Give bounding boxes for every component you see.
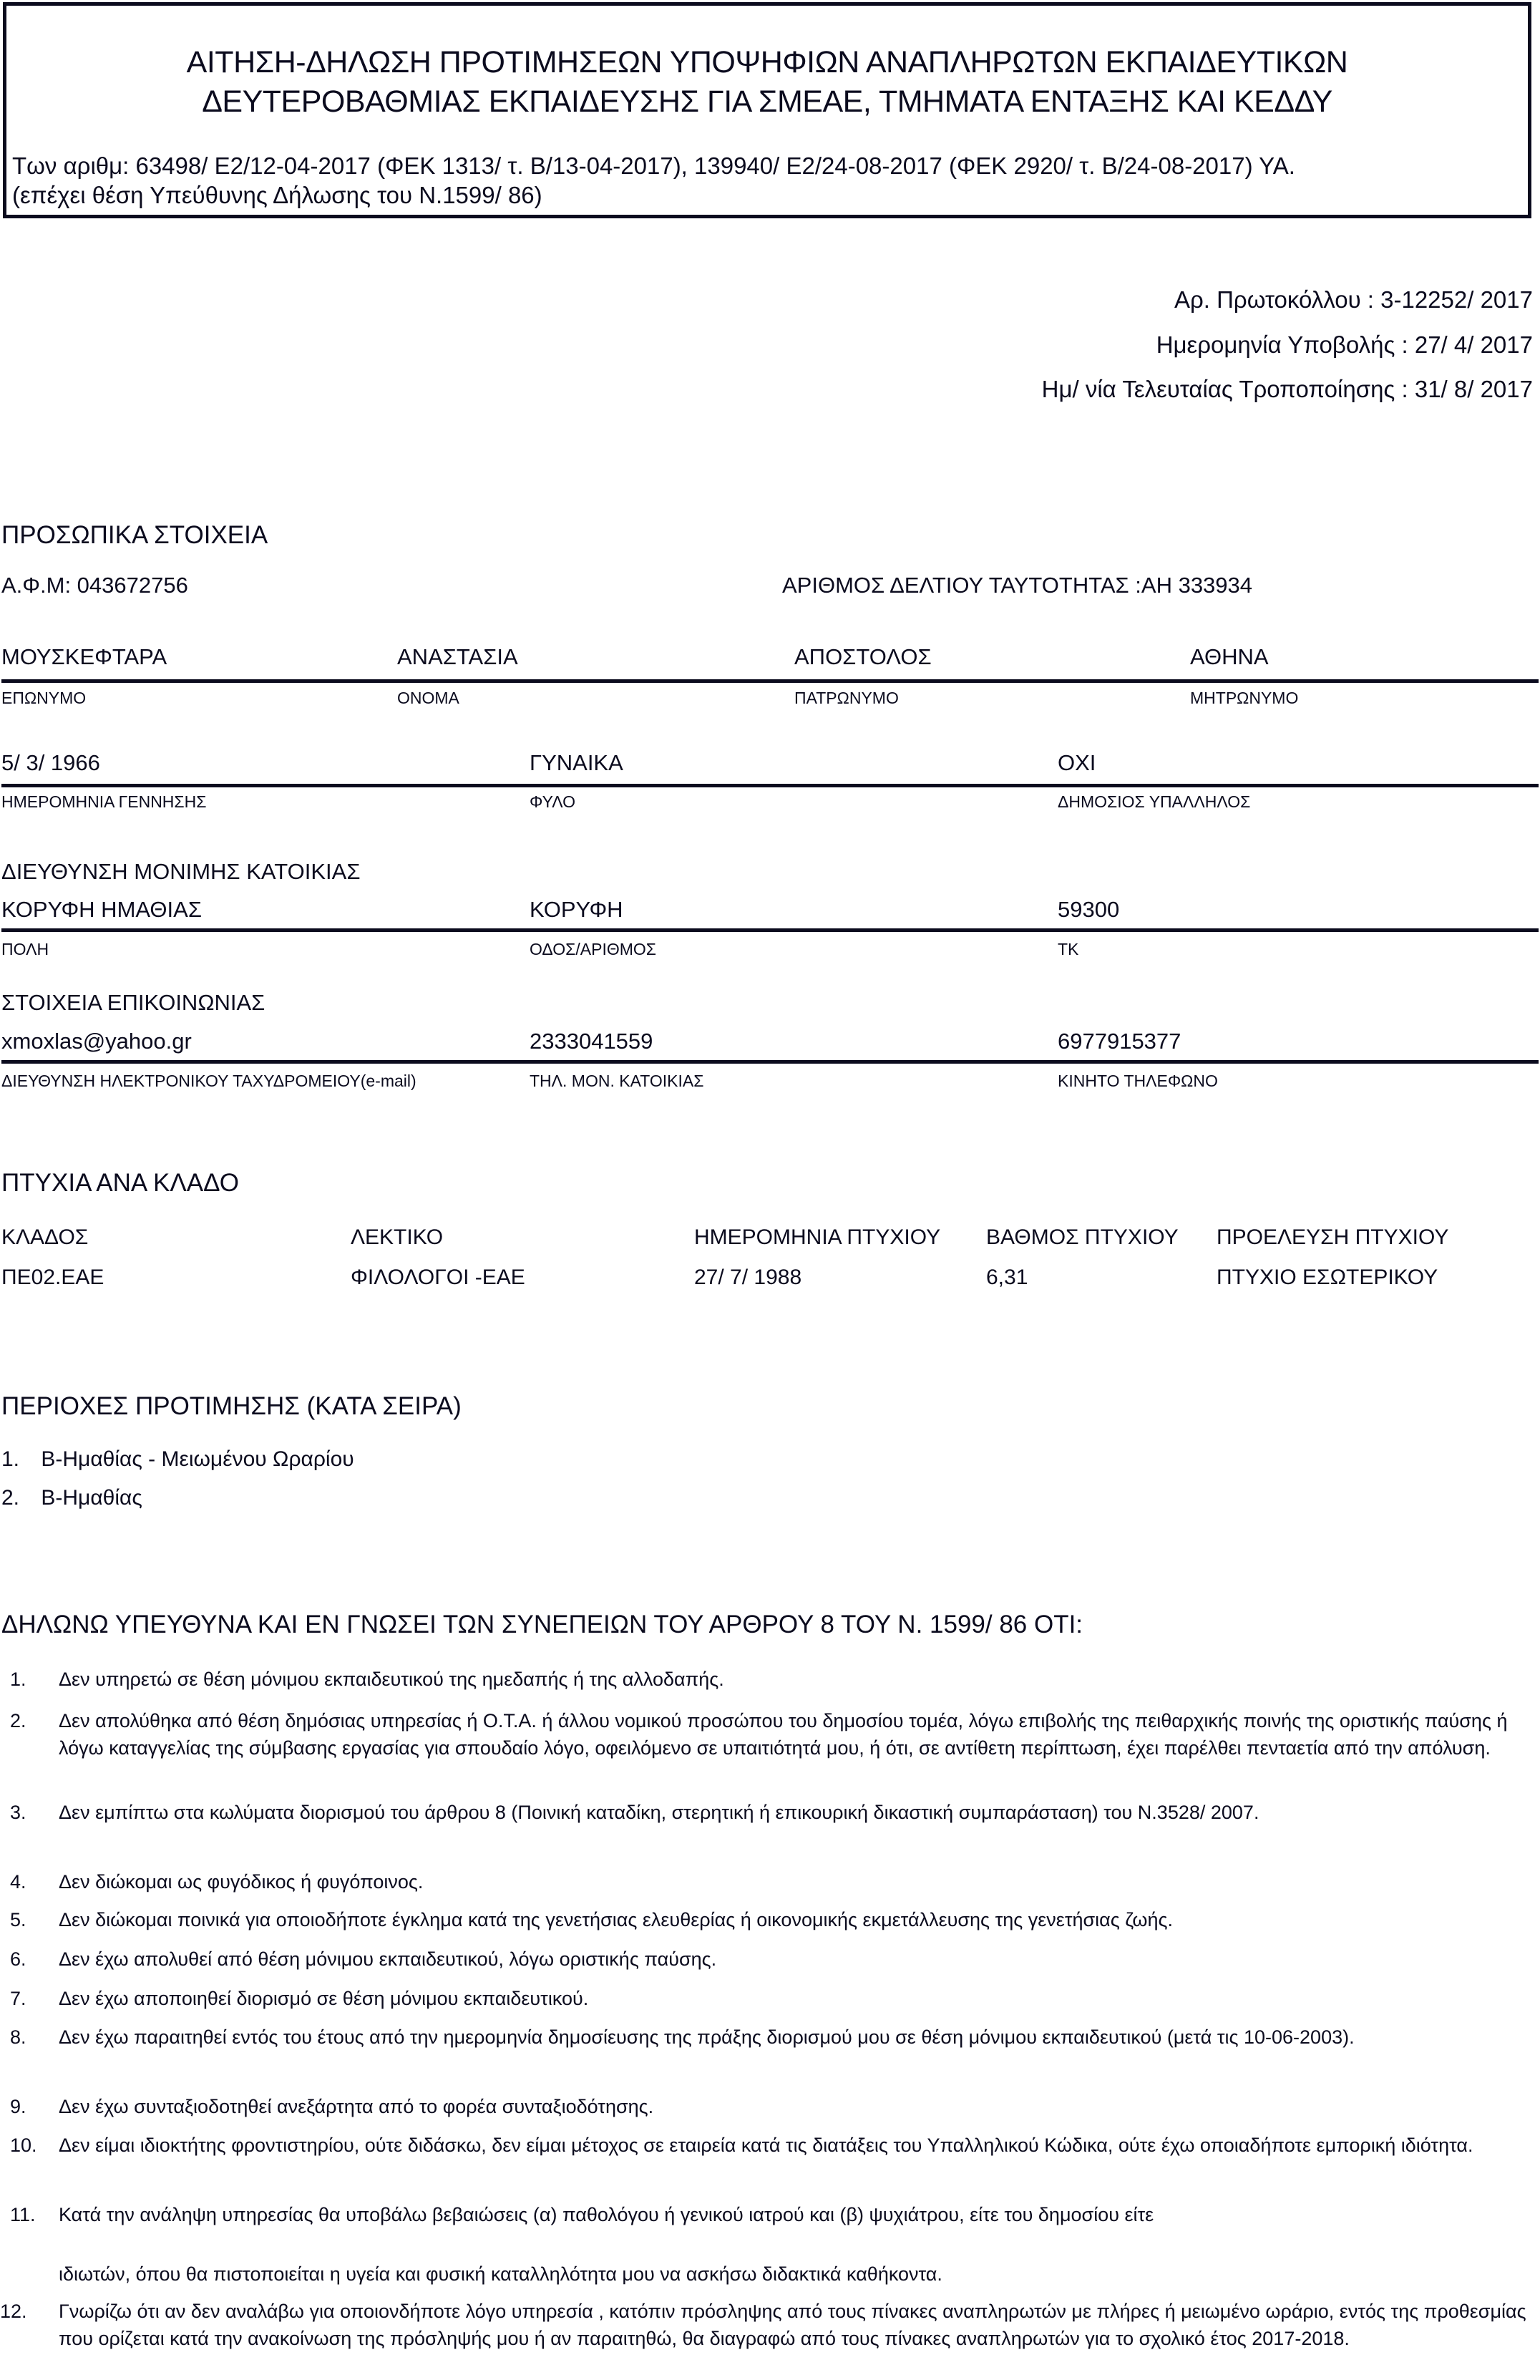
gender-label: ΦΥΛΟ: [530, 792, 575, 812]
postal-code-value: 59300: [1058, 897, 1119, 923]
preference-item: 1. Β-Ημαθίας - Μειωμένου Ωραρίου: [1, 1447, 354, 1472]
declaration-text: Δεν έχω αποποιηθεί διορισμό σε θέση μόνι…: [59, 1985, 1533, 2012]
street-value: ΚΟΡΥΦΗ: [530, 897, 623, 923]
legal-reference-line-2: (επέχει θέση Υπεύθυνης Δήλωσης του Ν.159…: [12, 182, 542, 209]
degree-col-title: ΛΕΚΤΙΚΟ: [351, 1225, 443, 1250]
declaration-text: Δεν έχω συνταξιοδοτηθεί ανεξάρτητα από τ…: [59, 2093, 1533, 2120]
section-title-personal: ΠΡΟΣΩΠΙΚΑ ΣΤΟΙΧΕΙΑ: [1, 521, 268, 550]
declaration-text: ιδιωτών, όπου θα πιστοποιείται η υγεία κ…: [59, 2260, 1533, 2288]
mobile-phone-value: 6977915377: [1058, 1029, 1181, 1054]
declaration-number: 7.: [10, 1985, 26, 2012]
mobile-phone-label: ΚΙΝΗΤΟ ΤΗΛΕΦΩΝΟ: [1058, 1072, 1218, 1091]
declaration-number: 11.: [10, 2201, 36, 2228]
preference-text: Β-Ημαθίας - Μειωμένου Ωραρίου: [41, 1447, 354, 1471]
email-value: xmoxlas@yahoo.gr: [1, 1029, 192, 1054]
birth-date-value: 5/ 3/ 1966: [1, 750, 100, 776]
preference-text: Β-Ημαθίας: [41, 1486, 142, 1510]
divider: [1, 784, 1539, 787]
declaration-number: 1.: [10, 1666, 26, 1693]
mother-name-label: ΜΗΤΡΩΝΥΜΟ: [1190, 689, 1298, 708]
degree-branch-value: ΠΕ02.ΕΑΕ: [1, 1266, 104, 1290]
degree-col-grade: ΒΑΘΜΟΣ ΠΤΥΧΙΟΥ: [986, 1225, 1179, 1250]
declaration-text: Κατά την ανάληψη υπηρεσίας θα υποβάλω βε…: [59, 2201, 1533, 2228]
street-label: ΟΔΟΣ/ΑΡΙΘΜΟΣ: [530, 940, 656, 959]
id-card-value: ΑΡΙΘΜΟΣ ΔΕΛΤΙΟΥ ΤΑΥΤΟΤΗΤΑΣ :ΑΗ 333934: [782, 573, 1252, 598]
postal-code-label: ΤΚ: [1058, 940, 1078, 959]
degree-col-branch: ΚΛΑΔΟΣ: [1, 1225, 88, 1250]
declaration-text: Δεν είμαι ιδιοκτήτης φροντιστηρίου, ούτε…: [59, 2132, 1533, 2159]
degree-origin-value: ΠΤΥΧΙΟ ΕΣΩΤΕΡΙΚΟΥ: [1217, 1266, 1438, 1290]
first-name-label: ΟΝΟΜΑ: [397, 689, 459, 708]
city-value: ΚΟΡΥΦΗ ΗΜΑΘΙΑΣ: [1, 897, 202, 923]
declaration-text: Δεν διώκομαι ως φυγόδικος ή φυγόποινος.: [59, 1868, 1533, 1895]
declaration-text: Δεν απολύθηκα από θέση δημόσιας υπηρεσία…: [59, 1707, 1533, 1762]
declaration-text: Δεν έχω απολυθεί από θέση μόνιμου εκπαιδ…: [59, 1946, 1533, 1973]
divider: [1, 679, 1539, 683]
submission-date: Ημερομηνία Υποβολής : 27/ 4/ 2017: [1156, 331, 1533, 359]
declaration-number: 4.: [10, 1868, 26, 1895]
section-title-declarations: ΔΗΛΩΝΩ ΥΠΕΥΘΥΝΑ ΚΑΙ ΕΝ ΓΝΩΣΕΙ ΤΩΝ ΣΥΝΕΠΕ…: [1, 1611, 1083, 1639]
father-name-value: ΑΠΟΣΤΟΛΟΣ: [794, 644, 932, 670]
degree-col-origin: ΠΡΟΕΛΕΥΣΗ ΠΤΥΧΙΟΥ: [1217, 1225, 1448, 1250]
father-name-label: ΠΑΤΡΩΝΥΜΟ: [794, 689, 899, 708]
gender-value: ΓΥΝΑΙΚΑ: [530, 750, 623, 776]
preference-item: 2. Β-Ημαθίας: [1, 1486, 142, 1510]
birth-date-label: ΗΜΕΡΟΜΗΝΙΑ ΓΕΝΝΗΣΗΣ: [1, 792, 206, 812]
declaration-number: 5.: [10, 1906, 26, 1933]
declaration-text: Δεν έχω παραιτηθεί εντός του έτους από τ…: [59, 2024, 1533, 2051]
degree-title-value: ΦΙΛΟΛΟΓΟΙ -ΕΑΕ: [351, 1266, 525, 1290]
surname-label: ΕΠΩΝΥΜΟ: [1, 689, 86, 708]
declaration-number: 3.: [10, 1799, 26, 1826]
declaration-text: Γνωρίζω ότι αν δεν αναλάβω για οποιονδήπ…: [59, 2298, 1533, 2352]
header-box: ΑΙΤΗΣΗ-ΔΗΛΩΣΗ ΠΡΟΤΙΜΗΣΕΩΝ ΥΠΟΨΗΦΙΩΝ ΑΝΑΠ…: [3, 2, 1531, 218]
last-modified-date: Ημ/ νία Τελευταίας Τροποποίησης : 31/ 8/…: [1042, 376, 1533, 403]
public-servant-label: ΔΗΜΟΣΙΟΣ ΥΠΑΛΛΗΛΟΣ: [1058, 792, 1250, 812]
degree-grade-value: 6,31: [986, 1266, 1028, 1290]
declaration-text: Δεν διώκομαι ποινικά για οποιοδήποτε έγκ…: [59, 1906, 1533, 1933]
section-title-preferences: ΠΕΡΙΟΧΕΣ ΠΡΟΤΙΜΗΣΗΣ (ΚΑΤΑ ΣΕΙΡΑ): [1, 1392, 462, 1421]
home-phone-label: ΤΗΛ. ΜΟΝ. ΚΑΤΟΙΚΙΑΣ: [530, 1072, 703, 1091]
divider: [1, 1060, 1539, 1064]
preference-number: 2.: [1, 1486, 19, 1510]
protocol-number: Αρ. Πρωτοκόλλου : 3-12252/ 2017: [1174, 286, 1533, 314]
legal-reference-line-1: Των αριθμ: 63498/ Ε2/12-04-2017 (ΦΕΚ 131…: [12, 152, 1295, 180]
city-label: ΠΟΛΗ: [1, 940, 49, 959]
document-title-line-1: ΑΙΤΗΣΗ-ΔΗΛΩΣΗ ΠΡΟΤΙΜΗΣΕΩΝ ΥΠΟΨΗΦΙΩΝ ΑΝΑΠ…: [6, 45, 1528, 80]
declaration-text: Δεν υπηρετώ σε θέση μόνιμου εκπαιδευτικο…: [59, 1666, 1533, 1693]
declaration-number: 2.: [10, 1707, 26, 1734]
home-phone-value: 2333041559: [530, 1029, 653, 1054]
section-title-address: ΔΙΕΥΘΥΝΣΗ ΜΟΝΙΜΗΣ ΚΑΤΟΙΚΙΑΣ: [1, 859, 360, 885]
surname-value: ΜΟΥΣΚΕΦΤΑΡΑ: [1, 644, 167, 670]
divider: [1, 928, 1539, 932]
declaration-number: 12.: [0, 2298, 27, 2325]
first-name-value: ΑΝΑΣΤΑΣΙΑ: [397, 644, 518, 670]
document-title-line-2: ΔΕΥΤΕΡΟΒΑΘΜΙΑΣ ΕΚΠΑΙΔΕΥΣΗΣ ΓΙΑ ΣΜΕΑΕ, ΤΜ…: [6, 84, 1528, 120]
declaration-number: 8.: [10, 2024, 26, 2051]
declaration-number: 9.: [10, 2093, 26, 2120]
section-title-contact: ΣΤΟΙΧΕΙΑ ΕΠΙΚΟΙΝΩΝΙΑΣ: [1, 990, 265, 1016]
declaration-text: Δεν εμπίπτω στα κωλύματα διορισμού του ά…: [59, 1799, 1533, 1826]
section-title-degrees: ΠΤΥΧΙΑ ΑΝΑ ΚΛΑΔΟ: [1, 1169, 239, 1198]
preference-number: 1.: [1, 1447, 19, 1471]
afm-value: Α.Φ.Μ: 043672756: [1, 573, 188, 598]
declaration-number: 6.: [10, 1946, 26, 1973]
declaration-number: 10.: [10, 2132, 37, 2159]
mother-name-value: ΑΘΗΝΑ: [1190, 644, 1269, 670]
degree-date-value: 27/ 7/ 1988: [694, 1266, 801, 1290]
degree-col-date: ΗΜΕΡΟΜΗΝΙΑ ΠΤΥΧΙΟΥ: [694, 1225, 940, 1250]
email-label: ΔΙΕΥΘΥΝΣΗ ΗΛΕΚΤΡΟΝΙΚΟΥ ΤΑΧΥΔΡΟΜΕΙΟΥ(e-ma…: [1, 1072, 416, 1091]
public-servant-value: ΟΧΙ: [1058, 750, 1096, 776]
